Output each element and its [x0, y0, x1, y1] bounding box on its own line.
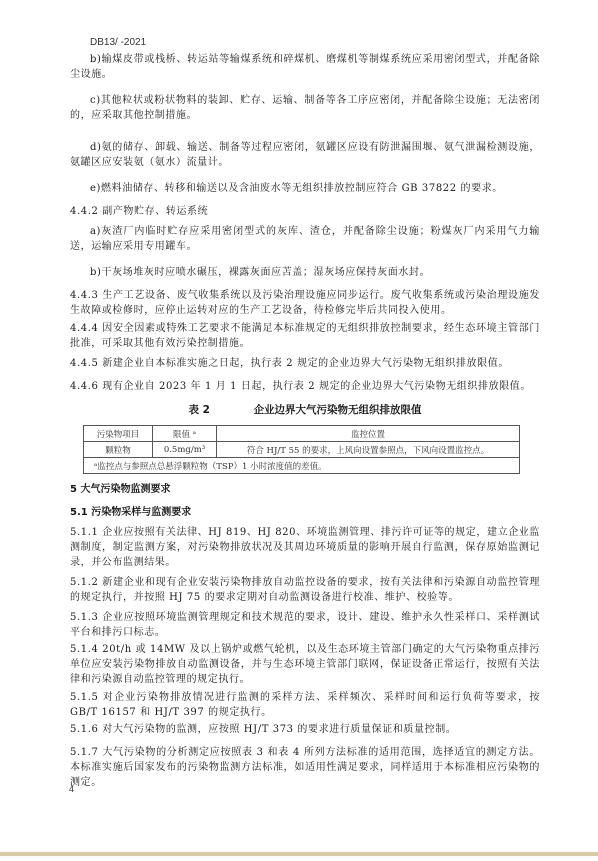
page-number: 4: [69, 784, 74, 794]
section-4-4-5: 4.4.5 新建企业自本标准实施之日起，执行表 2 规定的企业边界大气污染物无组…: [70, 356, 540, 371]
section-4-4-4: 4.4.4 因安全因素或特殊工艺要求不能满足本标准规定的无组织排放控制要求，经生…: [70, 321, 540, 351]
document-id-header: DB13/ -2021: [90, 37, 146, 48]
section-4-4-3: 4.4.3 生产工艺设备、废气收集系统以及污染治理设施应同步运行。废气收集系统或…: [70, 288, 540, 318]
table-header-cell: 监控位置: [217, 426, 520, 442]
section-5-1-5: 5.1.5 对企业污染物排放情况进行监测的采样方法、采样频次、采样时间和运行负荷…: [70, 690, 540, 720]
table-header-cell: 限值 ᵃ: [153, 426, 217, 442]
table-2: 污染物项目 限值 ᵃ 监控位置 颗粒物 0.5mg/m³ 符合 HJ/T 55 …: [83, 425, 520, 474]
section-5-1-6: 5.1.6 对大气污染物的监测，应按照 HJ/T 373 的要求进行质量保证和质…: [70, 722, 540, 737]
paragraph-c-material: c)其他粒状或粉状物料的装卸、贮存、运输、制备等各工序应密闭，并配备除尘设施；无…: [70, 93, 540, 123]
section-5-1-7: 5.1.7 大气污染物的分析测定应按照表 3 和表 4 所列方法标准的适用范围，…: [70, 745, 540, 790]
section-5-1-3: 5.1.3 企业应按照环境监测管理规定和技术规范的要求，设计、建设、维护永久性采…: [70, 610, 540, 640]
table-row: 颗粒物 0.5mg/m³ 符合 HJ/T 55 的要求，上风向设置参照点，下风向…: [84, 442, 520, 458]
paragraph-b-coal: b)输煤皮带或栈桥、转运站等输煤系统和碎煤机、磨煤机等制煤系统应采用密闭型式，并…: [70, 52, 540, 82]
paragraph-b-ash-yard: b)干灰场堆灰时应喷水碾压，裸露灰面应苫盖；湿灰场应保持灰面水封。: [70, 265, 540, 280]
table-2-caption: 表 2 企业边界大气污染物无组织排放限值: [70, 402, 540, 417]
table-2-label: 表 2: [188, 404, 209, 416]
paragraph-a-ash: a)灰渣厂内临时贮存应采用密闭型式的灰库、渣仓，并配备除尘设施；粉煤灰厂内采用气…: [70, 224, 540, 254]
section-5-1-1: 5.1.1 企业应按照有关法律、HJ 819、HJ 820、环境监测管理、排污许…: [70, 525, 540, 570]
paragraph-d-ammonia: d)氨的储存、卸载、输送、制备等过程应密闭，氨罐区应设有防泄漏围堰、氨气泄漏检测…: [70, 140, 540, 170]
table-cell: 符合 HJ/T 55 的要求，上风向设置参照点，下风向设置监控点。: [217, 442, 520, 458]
section-4-4-6: 4.4.6 现有企业自 2023 年 1 月 1 日起，执行表 2 规定的企业边…: [70, 379, 540, 394]
section-5-1-2: 5.1.2 新建企业和现有企业安装污染物排放自动监控设备的要求，按有关法律和污染…: [70, 575, 540, 605]
table-cell: 0.5mg/m³: [153, 442, 217, 458]
table-note: ᵃ监控点与参照点总悬浮颗粒物（TSP）1 小时浓度值的差值。: [84, 458, 520, 474]
section-4-4-2-title: 4.4.2 副产物贮存、转运系统: [70, 204, 540, 219]
document-page: DB13/ -2021 b)输煤皮带或栈桥、转运站等输煤系统和碎煤机、磨煤机等制…: [0, 0, 598, 852]
page-bottom-edge: [0, 852, 598, 856]
table-note-row: ᵃ监控点与参照点总悬浮颗粒物（TSP）1 小时浓度值的差值。: [84, 458, 520, 474]
section-5-1-title: 5.1 污染物采样与监测要求: [70, 503, 191, 518]
table-2-title: 企业边界大气污染物无组织排放限值: [254, 404, 422, 416]
table-cell: 颗粒物: [84, 442, 153, 458]
table-header-row: 污染物项目 限值 ᵃ 监控位置: [84, 426, 520, 442]
section-5-1-4: 5.1.4 20t/h 或 14MW 及以上锅炉或燃气轮机，以及生态环境主管部门…: [70, 642, 540, 687]
table-header-cell: 污染物项目: [84, 426, 153, 442]
paragraph-e-fuel-oil: e)燃料油储存、转移和输送以及含油废水等无组织排放控制应符合 GB 37822 …: [70, 181, 540, 196]
section-5-title: 5 大气污染物监测要求: [70, 480, 170, 495]
